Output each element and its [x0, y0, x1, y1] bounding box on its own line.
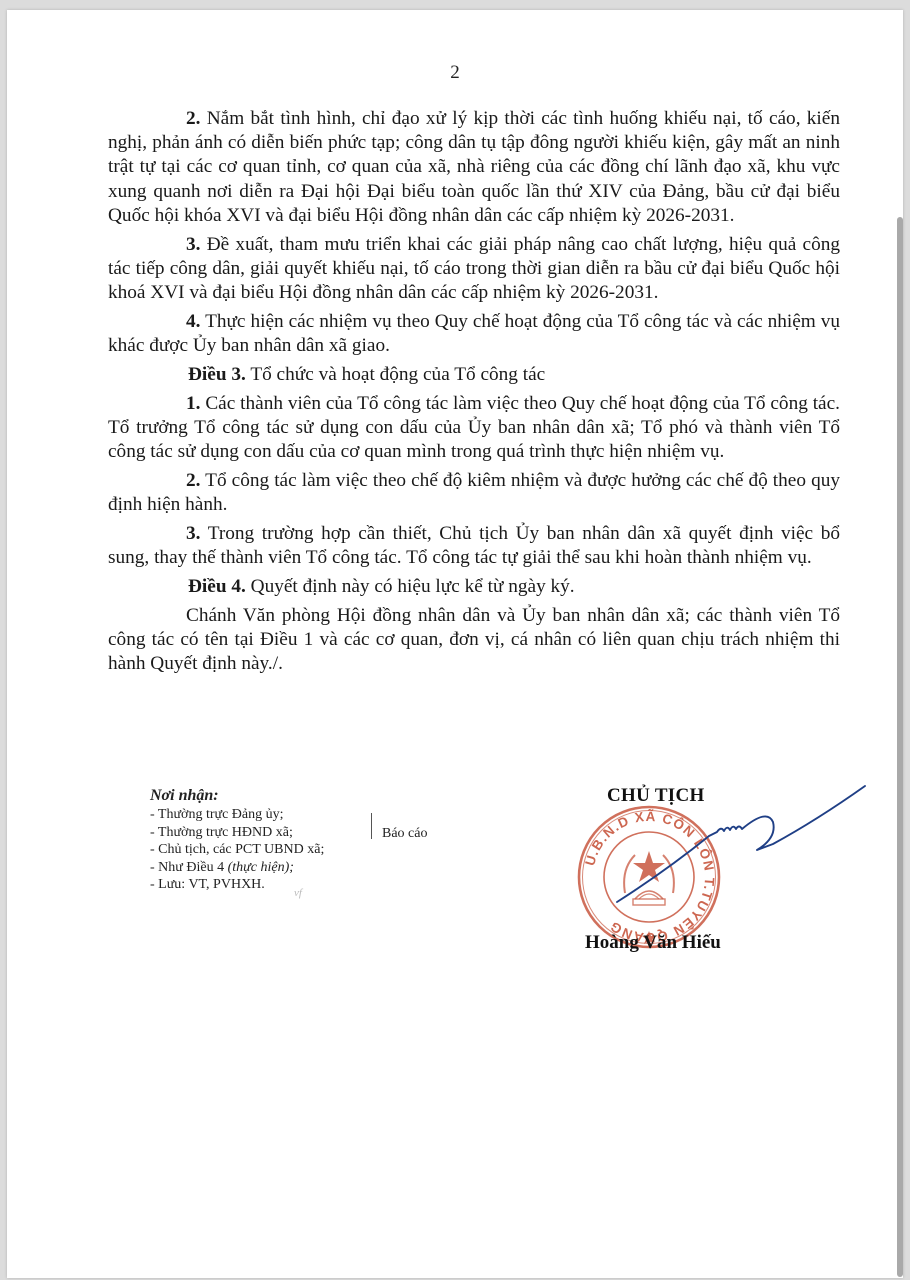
paragraph-text: Đề xuất, tham mưu triển khai các giải ph… [108, 234, 840, 303]
article-4-heading: Điều 4. Quyết định này có hiệu lực kể từ… [108, 575, 840, 599]
recipients-block: Nơi nhận: - Thường trực Đảng ủy; - Thườn… [150, 786, 324, 894]
bracket-divider [371, 813, 372, 839]
report-label: Báo cáo [382, 826, 427, 842]
paragraph-article3-item-3: 3. Trong trường hợp cần thiết, Chủ tịch … [108, 522, 840, 570]
recipient-note: (thực hiện); [228, 860, 294, 875]
recipient-item: - Thường trực HĐND xã; [150, 824, 324, 842]
vertical-scrollbar[interactable] [897, 217, 903, 1277]
article-title: Tổ chức và hoạt động của Tổ công tác [246, 364, 545, 385]
document-viewer: 2 2. Nắm bắt tình hình, chỉ đạo xử lý kị… [0, 0, 910, 1280]
paragraph-text: Chánh Văn phòng Hội đồng nhân dân và Ủy … [108, 605, 840, 674]
paragraph-text: Các thành viên của Tổ công tác làm việc … [108, 393, 840, 462]
paragraph-text: Nắm bắt tình hình, chỉ đạo xử lý kịp thờ… [108, 108, 840, 226]
paragraph-text: Trong trường hợp cần thiết, Chủ tịch Ủy … [108, 523, 840, 568]
paragraph-text: Tổ công tác làm việc theo chế độ kiêm nh… [108, 470, 840, 515]
article-label: Điều 4. [188, 576, 246, 597]
page-number: 2 [7, 62, 903, 84]
handwritten-signature-icon [607, 780, 877, 910]
paragraph-item-3: 3. Đề xuất, tham mưu triển khai các giải… [108, 233, 840, 306]
paragraph-item-4: 4. Thực hiện các nhiệm vụ theo Quy chế h… [108, 310, 840, 358]
article-3-heading: Điều 3. Tổ chức và hoạt động của Tổ công… [108, 363, 840, 387]
paragraph-item-2: 2. Nắm bắt tình hình, chỉ đạo xử lý kịp … [108, 107, 840, 228]
recipient-item: - Chủ tịch, các PCT UBND xã; [150, 841, 324, 859]
document-page: 2 2. Nắm bắt tình hình, chỉ đạo xử lý kị… [7, 10, 903, 1278]
item-number: 4. [186, 311, 200, 332]
item-number: 1. [186, 393, 200, 414]
signer-name: Hoàng Văn Hiếu [585, 932, 721, 954]
item-number: 3. [186, 523, 200, 544]
paragraph-article3-item-1: 1. Các thành viên của Tổ công tác làm vi… [108, 392, 840, 465]
handwritten-initials: vf [294, 887, 302, 899]
recipient-text: - Như Điều 4 [150, 860, 228, 875]
recipients-title: Nơi nhận: [150, 786, 324, 806]
article-label: Điều 3. [188, 364, 246, 385]
recipient-item: - Như Điều 4 (thực hiện); [150, 859, 324, 877]
article-title: Quyết định này có hiệu lực kể từ ngày ký… [246, 576, 575, 597]
paragraph-enforcement: Chánh Văn phòng Hội đồng nhân dân và Ủy … [108, 604, 840, 677]
recipient-item: - Thường trực Đảng ủy; [150, 806, 324, 824]
item-number: 2. [186, 108, 200, 129]
item-number: 3. [186, 234, 200, 255]
paragraph-text: Thực hiện các nhiệm vụ theo Quy chế hoạt… [108, 311, 840, 356]
document-body: 2. Nắm bắt tình hình, chỉ đạo xử lý kịp … [108, 107, 840, 681]
item-number: 2. [186, 470, 200, 491]
paragraph-article3-item-2: 2. Tổ công tác làm việc theo chế độ kiêm… [108, 469, 840, 517]
